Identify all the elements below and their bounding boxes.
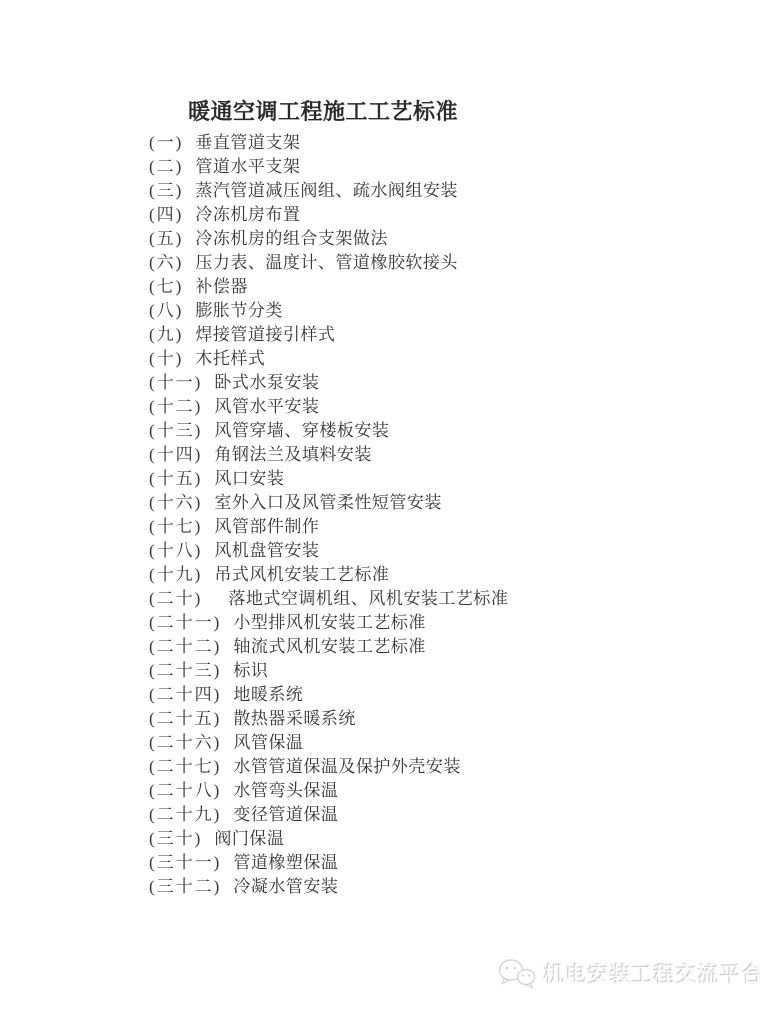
toc-item-label: 角钢法兰及填料安装: [214, 445, 372, 464]
page-title: 暖通空调工程施工工艺标准: [188, 99, 458, 125]
toc-item: (十八)风机盘管安装: [149, 539, 508, 563]
toc-item-label: 风管保温: [233, 733, 303, 752]
toc-item-number: (五): [149, 229, 183, 248]
toc-item: (三十一)管道橡塑保温: [149, 851, 508, 875]
toc-item-number: (二十): [149, 589, 202, 608]
toc-item: (二十八)水管弯头保温: [149, 779, 508, 803]
toc-item-label: 阀门保温: [214, 829, 284, 848]
toc-item-label: 风管穿墙、穿楼板安装: [214, 421, 389, 440]
toc-item-number: (十一): [149, 373, 202, 392]
toc-item-label: 小型排风机安装工艺标准: [233, 613, 426, 632]
toc-item-label: 膨胀节分类: [195, 301, 283, 320]
toc-item-label: 管道橡塑保温: [233, 853, 338, 872]
toc-item-number: (十三): [149, 421, 202, 440]
toc-item: (七)补偿器: [149, 275, 508, 299]
toc-item: (十五)风口安装: [149, 467, 508, 491]
toc-item-label: 风管部件制作: [214, 517, 319, 536]
toc-item-label: 风管水平安装: [214, 397, 319, 416]
toc-item: (二十九)变径管道保温: [149, 803, 508, 827]
toc-item: (二十三)标识: [149, 659, 508, 683]
toc-item-label: 木托样式: [195, 349, 265, 368]
toc-item-number: (三十): [149, 829, 202, 848]
toc-item: (十二)风管水平安装: [149, 395, 508, 419]
toc-item-number: (二十五): [149, 709, 221, 728]
toc-item-label: 室外入口及风管柔性短管安装: [214, 493, 442, 512]
document-page: 暖通空调工程施工工艺标准 (一)垂直管道支架 (二)管道水平支架 (三)蒸汽管道…: [0, 0, 780, 1016]
toc-item-number: (二十一): [149, 613, 221, 632]
toc-item: (十)木托样式: [149, 347, 508, 371]
toc-item-label: 吊式风机安装工艺标准: [214, 565, 389, 584]
toc-item-label: 压力表、温度计、管道橡胶软接头: [195, 253, 458, 272]
toc-item-number: (十四): [149, 445, 202, 464]
toc-item: (十三)风管穿墙、穿楼板安装: [149, 419, 508, 443]
toc-item-label: 风口安装: [214, 469, 284, 488]
toc-item-label: 变径管道保温: [233, 805, 338, 824]
toc-item-label: 蒸汽管道减压阀组、疏水阀组安装: [195, 181, 458, 200]
toc-item: (二十四)地暖系统: [149, 683, 508, 707]
toc-item: (十六)室外入口及风管柔性短管安装: [149, 491, 508, 515]
toc-item-number: (二十四): [149, 685, 221, 704]
toc-item: (十四)角钢法兰及填料安装: [149, 443, 508, 467]
toc-item-label: 冷凝水管安装: [233, 877, 338, 896]
toc-item-label: 焊接管道接引样式: [195, 325, 335, 344]
toc-item-number: (二十二): [149, 637, 221, 656]
toc-item-label: 卧式水泵安装: [214, 373, 319, 392]
watermark-text: 机电安装工程交流平台: [544, 959, 764, 989]
toc-item: (十九)吊式风机安装工艺标准: [149, 563, 508, 587]
toc-item-number: (十五): [149, 469, 202, 488]
toc-item-label: 水管弯头保温: [233, 781, 338, 800]
toc-item-number: (二十六): [149, 733, 221, 752]
toc-item: (八)膨胀节分类: [149, 299, 508, 323]
toc-item-number: (七): [149, 277, 183, 296]
toc-item-number: (十): [149, 349, 183, 368]
toc-item: (四)冷冻机房布置: [149, 203, 508, 227]
toc-item-number: (十六): [149, 493, 202, 512]
toc-item-number: (二十三): [149, 661, 221, 680]
toc-item-number: (十八): [149, 541, 202, 560]
toc-item: (五)冷冻机房的组合支架做法: [149, 227, 508, 251]
toc-item-label: 风机盘管安装: [214, 541, 319, 560]
toc-item: (二十二)轴流式风机安装工艺标准: [149, 635, 508, 659]
toc-item: (二)管道水平支架: [149, 155, 508, 179]
toc-item-number: (六): [149, 253, 183, 272]
toc-item-label: 轴流式风机安装工艺标准: [233, 637, 426, 656]
toc-item: (三十)阀门保温: [149, 827, 508, 851]
toc-item-number: (三十二): [149, 877, 221, 896]
toc-item: (九)焊接管道接引样式: [149, 323, 508, 347]
toc-item: (二十六)风管保温: [149, 731, 508, 755]
toc-item-number: (三): [149, 181, 183, 200]
toc-item: (十一)卧式水泵安装: [149, 371, 508, 395]
toc-item-number: (十二): [149, 397, 202, 416]
toc-item-label: 地暖系统: [233, 685, 303, 704]
toc-item: (三)蒸汽管道减压阀组、疏水阀组安装: [149, 179, 508, 203]
toc-item: (三十二)冷凝水管安装: [149, 875, 508, 899]
toc-item-label: 散热器采暖系统: [233, 709, 356, 728]
wechat-bubbles-icon: [497, 957, 537, 991]
toc-item: (六)压力表、温度计、管道橡胶软接头: [149, 251, 508, 275]
toc-item: (二十七)水管管道保温及保护外壳安装: [149, 755, 508, 779]
toc-item-number: (九): [149, 325, 183, 344]
toc-item: (二十一)小型排风机安装工艺标准: [149, 611, 508, 635]
toc-item-label: 水管管道保温及保护外壳安装: [233, 757, 461, 776]
toc-item-number: (三十一): [149, 853, 221, 872]
toc-item-number: (二十七): [149, 757, 221, 776]
toc-item-number: (二十九): [149, 805, 221, 824]
toc-item-label: 标识: [233, 661, 268, 680]
toc-item-label: 冷冻机房布置: [195, 205, 300, 224]
toc-item-number: (十九): [149, 565, 202, 584]
toc-item-number: (十七): [149, 517, 202, 536]
toc-item-label: 补偿器: [195, 277, 248, 296]
toc-item-number: (一): [149, 133, 183, 152]
toc-item-label: 垂直管道支架: [195, 133, 300, 152]
toc-item-number: (二十八): [149, 781, 221, 800]
toc-item-number: (四): [149, 205, 183, 224]
toc-item: (十七)风管部件制作: [149, 515, 508, 539]
toc-item-number: (八): [149, 301, 183, 320]
toc-item-number: (二): [149, 157, 183, 176]
toc-item: (二十)落地式空调机组、风机安装工艺标准: [149, 587, 508, 611]
watermark: 机电安装工程交流平台: [497, 957, 764, 991]
toc-item-label: 冷冻机房的组合支架做法: [195, 229, 388, 248]
toc-list: (一)垂直管道支架 (二)管道水平支架 (三)蒸汽管道减压阀组、疏水阀组安装 (…: [149, 131, 508, 899]
toc-item: (一)垂直管道支架: [149, 131, 508, 155]
toc-item-label: 落地式空调机组、风机安装工艺标准: [228, 589, 508, 608]
toc-item-label: 管道水平支架: [195, 157, 300, 176]
toc-item: (二十五)散热器采暖系统: [149, 707, 508, 731]
